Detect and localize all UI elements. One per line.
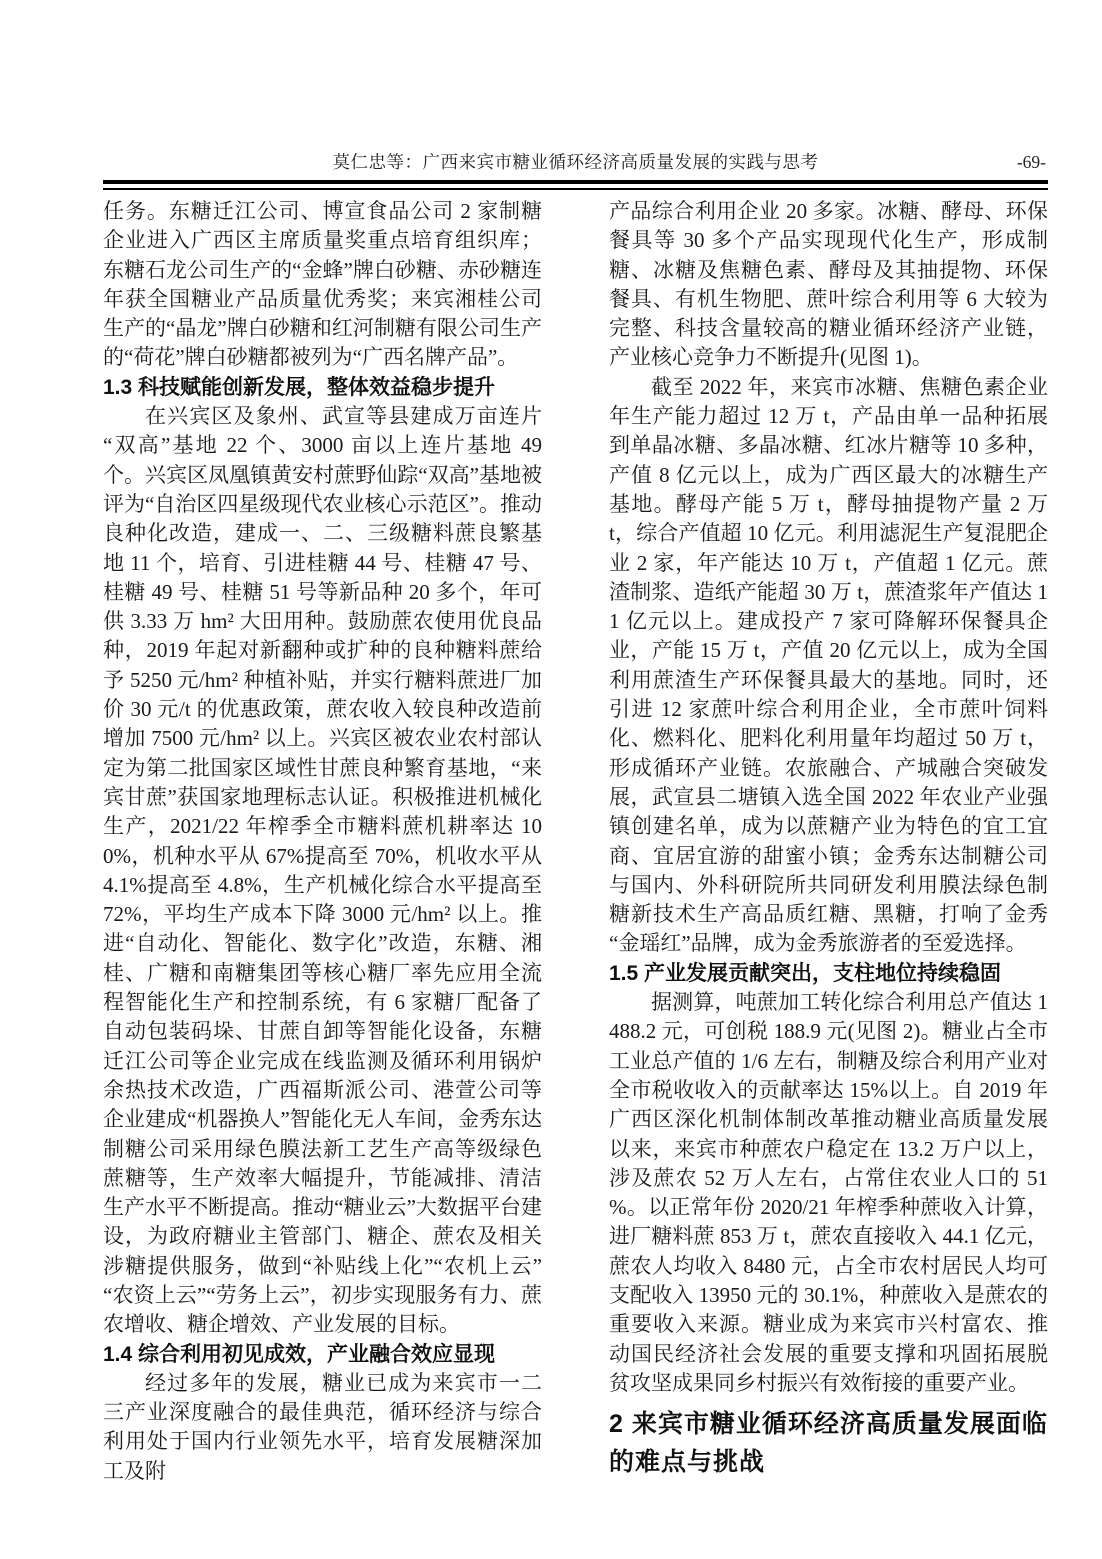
header-rule-thick (103, 180, 1048, 184)
paragraph-continued: 任务。东糖迁江公司、博宣食品公司 2 家制糖企业进入广西区主席质量奖重点培育组织… (103, 197, 542, 373)
paragraph: 据测算，吨蔗加工转化综合利用总产值达 1488.2 元，可创税 188.9 元(… (609, 988, 1048, 1398)
left-column: 任务。东糖迁江公司、博宣食品公司 2 家制糖企业进入广西区主席质量奖重点培育组织… (103, 197, 542, 1486)
paper-page: 莫仁忠等：广西来宾市糖业循环经济高质量发展的实践与思考 -69- 任务。东糖迁江… (0, 0, 1102, 1559)
paragraph: 截至 2022 年，来宾市冰糖、焦糖色素企业年生产能力超过 12 万 t，产品由… (609, 373, 1048, 959)
paragraph: 经过多年的发展，糖业已成为来宾市一二三产业深度融合的最佳典范，循环经济与综合利用… (103, 1369, 542, 1486)
section-heading-1-5: 1.5 产业发展贡献突出，支柱地位持续稳固 (609, 959, 1048, 988)
page-number: -69- (1017, 150, 1046, 174)
header-rule-thin (103, 188, 1048, 190)
paragraph: 在兴宾区及象州、武宣等县建成万亩连片“双高”基地 22 个、3000 亩以上连片… (103, 402, 542, 1340)
paragraph-continued: 产品综合利用企业 20 多家。冰糖、酵母、环保餐具等 30 多个产品实现现代化生… (609, 197, 1048, 373)
section-heading-2: 2 来宾市糖业循环经济高质量发展面临的难点与挑战 (609, 1405, 1048, 1481)
two-column-body: 任务。东糖迁江公司、博宣食品公司 2 家制糖企业进入广西区主席质量奖重点培育组织… (103, 197, 1048, 1486)
right-column: 产品综合利用企业 20 多家。冰糖、酵母、环保餐具等 30 多个产品实现现代化生… (609, 197, 1048, 1486)
running-title: 莫仁忠等：广西来宾市糖业循环经济高质量发展的实践与思考 (103, 150, 1048, 174)
section-heading-1-4: 1.4 综合利用初见成效，产业融合效应显现 (103, 1340, 542, 1369)
section-heading-1-3: 1.3 科技赋能创新发展，整体效益稳步提升 (103, 373, 542, 402)
